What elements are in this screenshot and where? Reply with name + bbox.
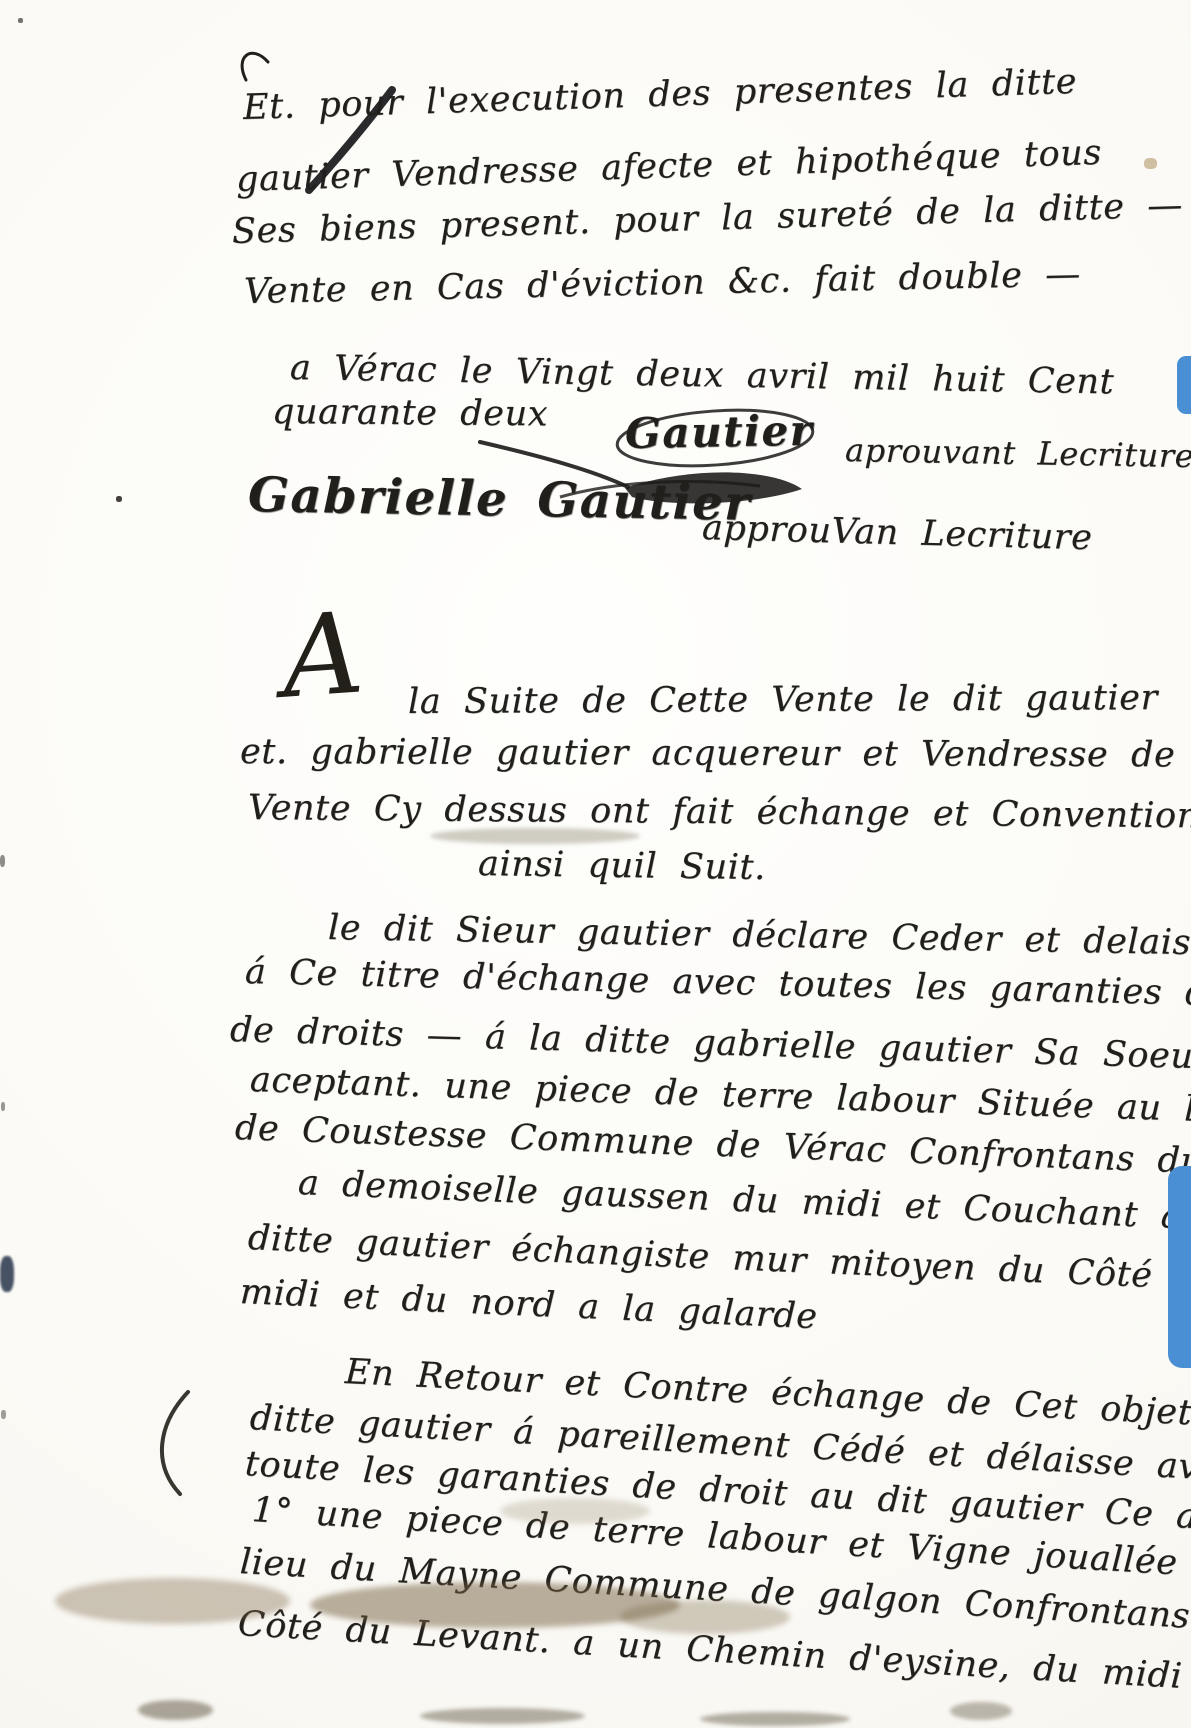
manuscript-page: Et. pour l'execution des presentes la di…: [0, 0, 1191, 1728]
signature-gautier: Gautier: [625, 407, 814, 459]
blue-backing-strip-small: [1177, 356, 1191, 414]
line-p1-4: Vente en Cas d'éviction &c. fait double …: [244, 254, 1082, 312]
line-p1-6: quarante deux: [272, 392, 548, 435]
line-p2-3: Vente Cy dessus ont fait échange et Conv…: [248, 788, 1191, 837]
speck-top-left: [18, 18, 23, 23]
stain-bottom-4: [950, 1702, 1012, 1720]
signature-gabrielle: Gabrielle Gautier: [248, 468, 752, 532]
speck-left-edge-1: [0, 855, 5, 867]
stain-bottom-2: [420, 1708, 585, 1724]
stain-bottom-1: [138, 1700, 213, 1720]
line-p3-2: á Ce titre d'échange avec toutes les gar…: [245, 952, 1191, 1015]
speck-ink-dot: [116, 496, 122, 502]
line-p2-1: la Suite de Cette Vente le dit gautier: [408, 678, 1158, 722]
paragraph4-paren-flourish: [162, 1392, 188, 1494]
speck-tan-dot: [1144, 158, 1157, 169]
drop-cap-a: A: [278, 597, 367, 714]
speck-left-edge-blob: [0, 1256, 14, 1292]
speck-left-edge-3: [1, 1410, 6, 1419]
line-p2-4: ainsi quil Suit.: [478, 844, 766, 888]
signature-gabrielle-note: approuVan Lecriture: [701, 508, 1092, 558]
line-p1-1: Et. pour l'execution des presentes la di…: [242, 62, 1077, 128]
line-p1-2: gautier Vendresse afecte et hipothéque t…: [235, 133, 1102, 200]
signature-gautier-note: aprouvant Lecriture: [845, 432, 1191, 475]
line-p2-2: et. gabrielle gautier acquereur et Vendr…: [240, 732, 1191, 776]
stain-bottom-3: [700, 1712, 850, 1726]
speck-left-edge-2: [1, 1102, 5, 1111]
line-p3-8: midi et du nord a la galarde: [239, 1272, 818, 1337]
